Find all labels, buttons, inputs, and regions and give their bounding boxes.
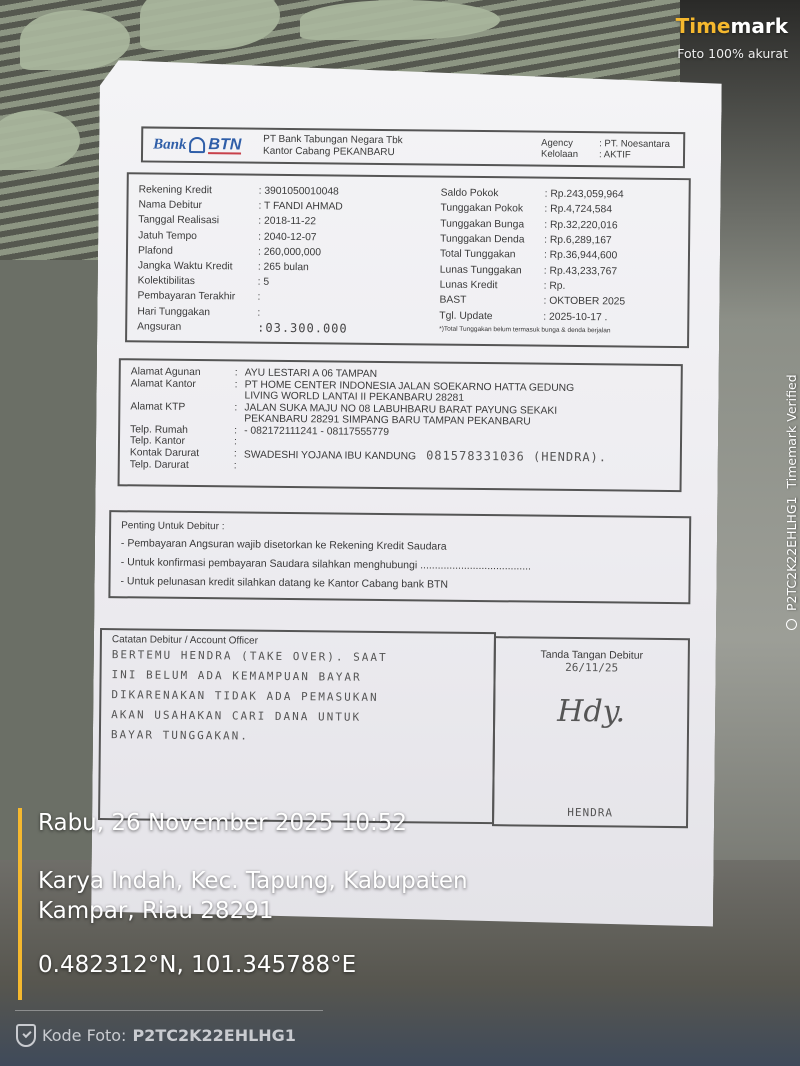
field-value: : 3901050010048	[259, 184, 429, 201]
photo-info-panel: Rabu, 26 November 2025 10:52 Karya Indah…	[18, 808, 538, 1000]
photo-code: Kode Foto: P2TC2K22EHLHG1	[16, 1024, 296, 1047]
vertical-code: P2TC2K22EHLHG1	[784, 497, 799, 611]
colon	[234, 413, 244, 425]
agency-value: : PT. Noesantara	[599, 138, 670, 150]
field-value: : Rp.32,220,016	[544, 217, 694, 234]
background-leaf	[300, 0, 500, 40]
field-label: Nama Debitur	[138, 198, 258, 214]
signature-date: 26/11/25	[506, 660, 678, 675]
colon: :	[235, 379, 245, 391]
colon: :	[234, 402, 244, 414]
kelolaan-value: : AKTIF	[599, 149, 670, 161]
field-value: :03.300.000	[257, 320, 427, 337]
shield-check-icon	[16, 1024, 36, 1047]
field-value: : Rp.4,724,584	[544, 202, 694, 219]
address-rows: Alamat Agunan:AYU LESTARI A 06 TAMPANAla…	[130, 366, 671, 476]
agency-label: Agency	[541, 138, 599, 150]
logo-btn-text: BTN	[208, 137, 241, 154]
colon: :	[234, 425, 244, 437]
notes-line: bayar tunggakan.	[111, 725, 483, 749]
field-label: Tunggakan Denda	[440, 232, 544, 248]
field-label: Tgl. Update	[439, 308, 543, 324]
verified-icon	[786, 619, 797, 630]
kelolaan-label: Kelolaan	[541, 149, 599, 161]
field-value: :	[257, 290, 427, 307]
account-right-fields: Saldo Pokok: Rp.243,059,964Tunggakan Pok…	[439, 186, 695, 339]
timemark-logo: Timemark	[676, 14, 788, 38]
footnote: *)Total Tunggakan belum termasuk bunga &…	[439, 323, 693, 338]
field-value: : Rp.243,059,964	[545, 187, 695, 204]
bank-info: PT Bank Tabungan Negara Tbk Kantor Caban…	[263, 134, 493, 160]
address-details: Alamat Agunan:AYU LESTARI A 06 TAMPANAla…	[118, 358, 683, 492]
colon: :	[234, 448, 244, 461]
debtor-signature-box: Tanda Tangan Debitur 26/11/25 Hdy. HENDR…	[492, 636, 690, 828]
field-label: Kolektibilitas	[138, 274, 258, 290]
address-label: Telp. Darurat	[130, 459, 234, 472]
field-value: : T FANDI AHMAD	[258, 199, 428, 216]
address-label: Kontak Darurat	[130, 447, 234, 461]
field-label: Tunggakan Pokok	[440, 201, 544, 217]
field-label: Lunas Tunggakan	[440, 262, 544, 278]
field-label: Angsuran	[137, 319, 257, 335]
field-label: Saldo Pokok	[441, 186, 545, 202]
field-value: : Rp.	[544, 279, 694, 296]
house-icon	[189, 137, 205, 153]
field-value: : OKTOBER 2025	[543, 294, 693, 311]
photo-address-line1: Karya Indah, Kec. Tapung, Kabupaten	[38, 866, 538, 896]
background-leaf	[20, 10, 130, 70]
field-label: Plafond	[138, 243, 258, 259]
field-label: Hari Tunggakan	[137, 304, 257, 320]
field-label: Pembayaran Terakhir	[137, 289, 257, 305]
document-header: Bank BTN PT Bank Tabungan Negara Tbk Kan…	[141, 126, 685, 168]
field-value: : Rp.36,944,600	[544, 248, 694, 265]
colon	[234, 390, 244, 402]
code-label: Kode Foto:	[42, 1026, 126, 1045]
colon: :	[234, 460, 244, 472]
colon: :	[235, 367, 245, 379]
account-details: Rekening Kredit: 3901050010048Nama Debit…	[125, 172, 691, 348]
field-label: Lunas Kredit	[440, 277, 544, 293]
field-label: Tunggakan Bunga	[440, 216, 544, 232]
signature-mark: Hdy.	[505, 693, 677, 730]
field-label: Rekening Kredit	[139, 182, 259, 198]
logo-bank-text: Bank	[153, 136, 187, 153]
field-label: Jatuh Tempo	[138, 228, 258, 244]
timemark-subtitle: Foto 100% akurat	[677, 46, 788, 61]
branch-name: Kantor Cabang PEKANBARU	[263, 146, 493, 160]
field-label: BAST	[439, 293, 543, 309]
field-value: : 2025-10-17 .	[543, 309, 693, 326]
field-label: Tanggal Realisasi	[138, 213, 258, 229]
vertical-label: Timemark Verified	[784, 374, 799, 488]
notes-handwriting: Bertemu Hendra (take over). Saat ini bel…	[111, 645, 484, 749]
field-label: Total Tunggakan	[440, 247, 544, 263]
photo-coordinates: 0.482312°N, 101.345788°E	[38, 950, 538, 980]
photo-address-line2: Kampar, Riau 28291	[38, 896, 538, 926]
timemark-verified-strip: P2TC2K22EHLHG1 Timemark Verified	[784, 374, 799, 630]
field-value: : Rp.43,233,767	[544, 263, 694, 280]
field-value: : 5	[258, 275, 428, 292]
code-value: P2TC2K22EHLHG1	[132, 1026, 295, 1045]
officer-notes: Catatan Debitur / Account Officer Bertem…	[98, 628, 496, 824]
important-notice: Penting Untuk Debitur : - Pembayaran Ang…	[108, 510, 691, 604]
agency-info: Agency : PT. Noesantara Kelolaan : AKTIF	[541, 138, 670, 161]
field-value: :	[257, 305, 427, 322]
divider	[15, 1010, 323, 1011]
field-value: : Rp.6,289,167	[544, 233, 694, 250]
field-value: : 265 bulan	[258, 260, 428, 277]
account-left-fields: Rekening Kredit: 3901050010048Nama Debit…	[137, 182, 429, 335]
field-value: : 260,000,000	[258, 244, 428, 261]
field-value: : 2040-12-07	[258, 229, 428, 246]
colon: :	[234, 436, 244, 448]
loan-document: Bank BTN PT Bank Tabungan Negara Tbk Kan…	[91, 60, 722, 926]
btn-logo: Bank BTN	[153, 136, 257, 154]
handwritten-contact: 081578331036 (HENDRA).	[426, 448, 607, 464]
field-value: : 2018-11-22	[258, 214, 428, 231]
photo-datetime: Rabu, 26 November 2025 10:52	[38, 808, 538, 838]
field-label: Jangka Waktu Kredit	[138, 258, 258, 274]
